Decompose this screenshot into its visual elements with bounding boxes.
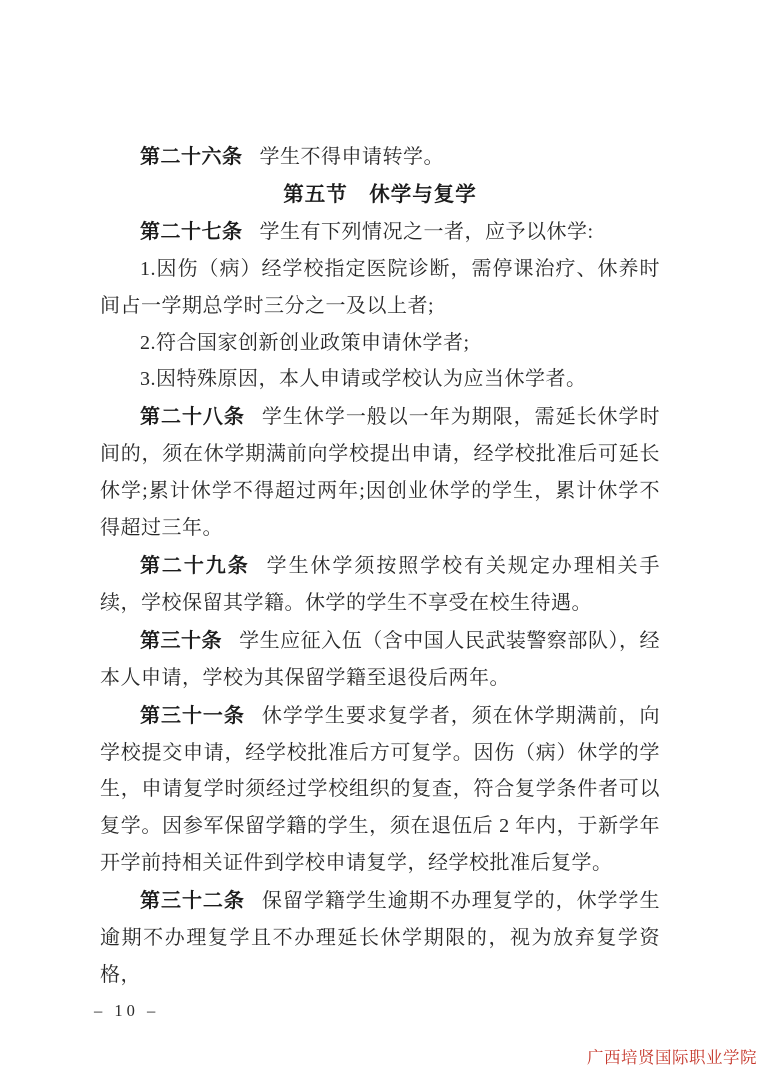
article-31-text: 休学学生要求复学者，须在休学期满前，向学校提交申请，经学校批准后方可复学。因伤（… xyxy=(100,705,660,875)
para-article-27: 第二十七条学生有下列情况之一者，应予以休学: xyxy=(100,213,660,251)
document-body: 第二十六条学生不得申请转学。 第五节 休学与复学 第二十七条学生有下列情况之一者… xyxy=(100,138,660,994)
article-32-number: 第三十二条 xyxy=(140,888,245,912)
article-26-number: 第二十六条 xyxy=(140,144,243,168)
article-31-number: 第三十一条 xyxy=(140,703,245,727)
article-30-number: 第三十条 xyxy=(140,628,222,652)
page-number: – 10 – xyxy=(94,1001,159,1021)
para-list-item-2: 2.符合国家创新创业政策申请休学者; xyxy=(100,325,660,362)
section-heading: 第五节 休学与复学 xyxy=(100,176,660,213)
article-28-number: 第二十八条 xyxy=(140,404,245,428)
para-article-26: 第二十六条学生不得申请转学。 xyxy=(100,138,660,176)
article-27-number: 第二十七条 xyxy=(140,219,243,243)
para-list-item-1: 1.因伤（病）经学校指定医院诊断，需停课治疗、休养时间占一学期总学时三分之一及以… xyxy=(100,251,660,325)
para-article-32: 第三十二条保留学籍学生逾期不办理复学的，休学学生逾期不办理复学且不办理延长休学期… xyxy=(100,882,660,994)
document-page: 第二十六条学生不得申请转学。 第五节 休学与复学 第二十七条学生有下列情况之一者… xyxy=(0,0,764,1080)
institution-watermark: 广西培贤国际职业学院 xyxy=(587,1044,757,1068)
para-article-29: 第二十九条学生休学须按照学校有关规定办理相关手续，学校保留其学籍。休学的学生不享… xyxy=(100,547,660,622)
para-article-31: 第三十一条休学学生要求复学者，须在休学期满前，向学校提交申请，经学校批准后方可复… xyxy=(100,697,660,883)
article-27-text: 学生有下列情况之一者，应予以休学: xyxy=(260,221,594,243)
article-26-text: 学生不得申请转学。 xyxy=(260,146,445,168)
para-list-item-3: 3.因特殊原因，本人申请或学校认为应当休学者。 xyxy=(100,361,660,398)
para-article-30: 第三十条学生应征入伍（含中国人民武装警察部队），经本人申请，学校为其保留学籍至退… xyxy=(100,622,660,697)
article-29-number: 第二十九条 xyxy=(140,553,250,577)
para-article-28: 第二十八条学生休学一般以一年为期限，需延长休学时间的，须在休学期满前向学校提出申… xyxy=(100,398,660,547)
